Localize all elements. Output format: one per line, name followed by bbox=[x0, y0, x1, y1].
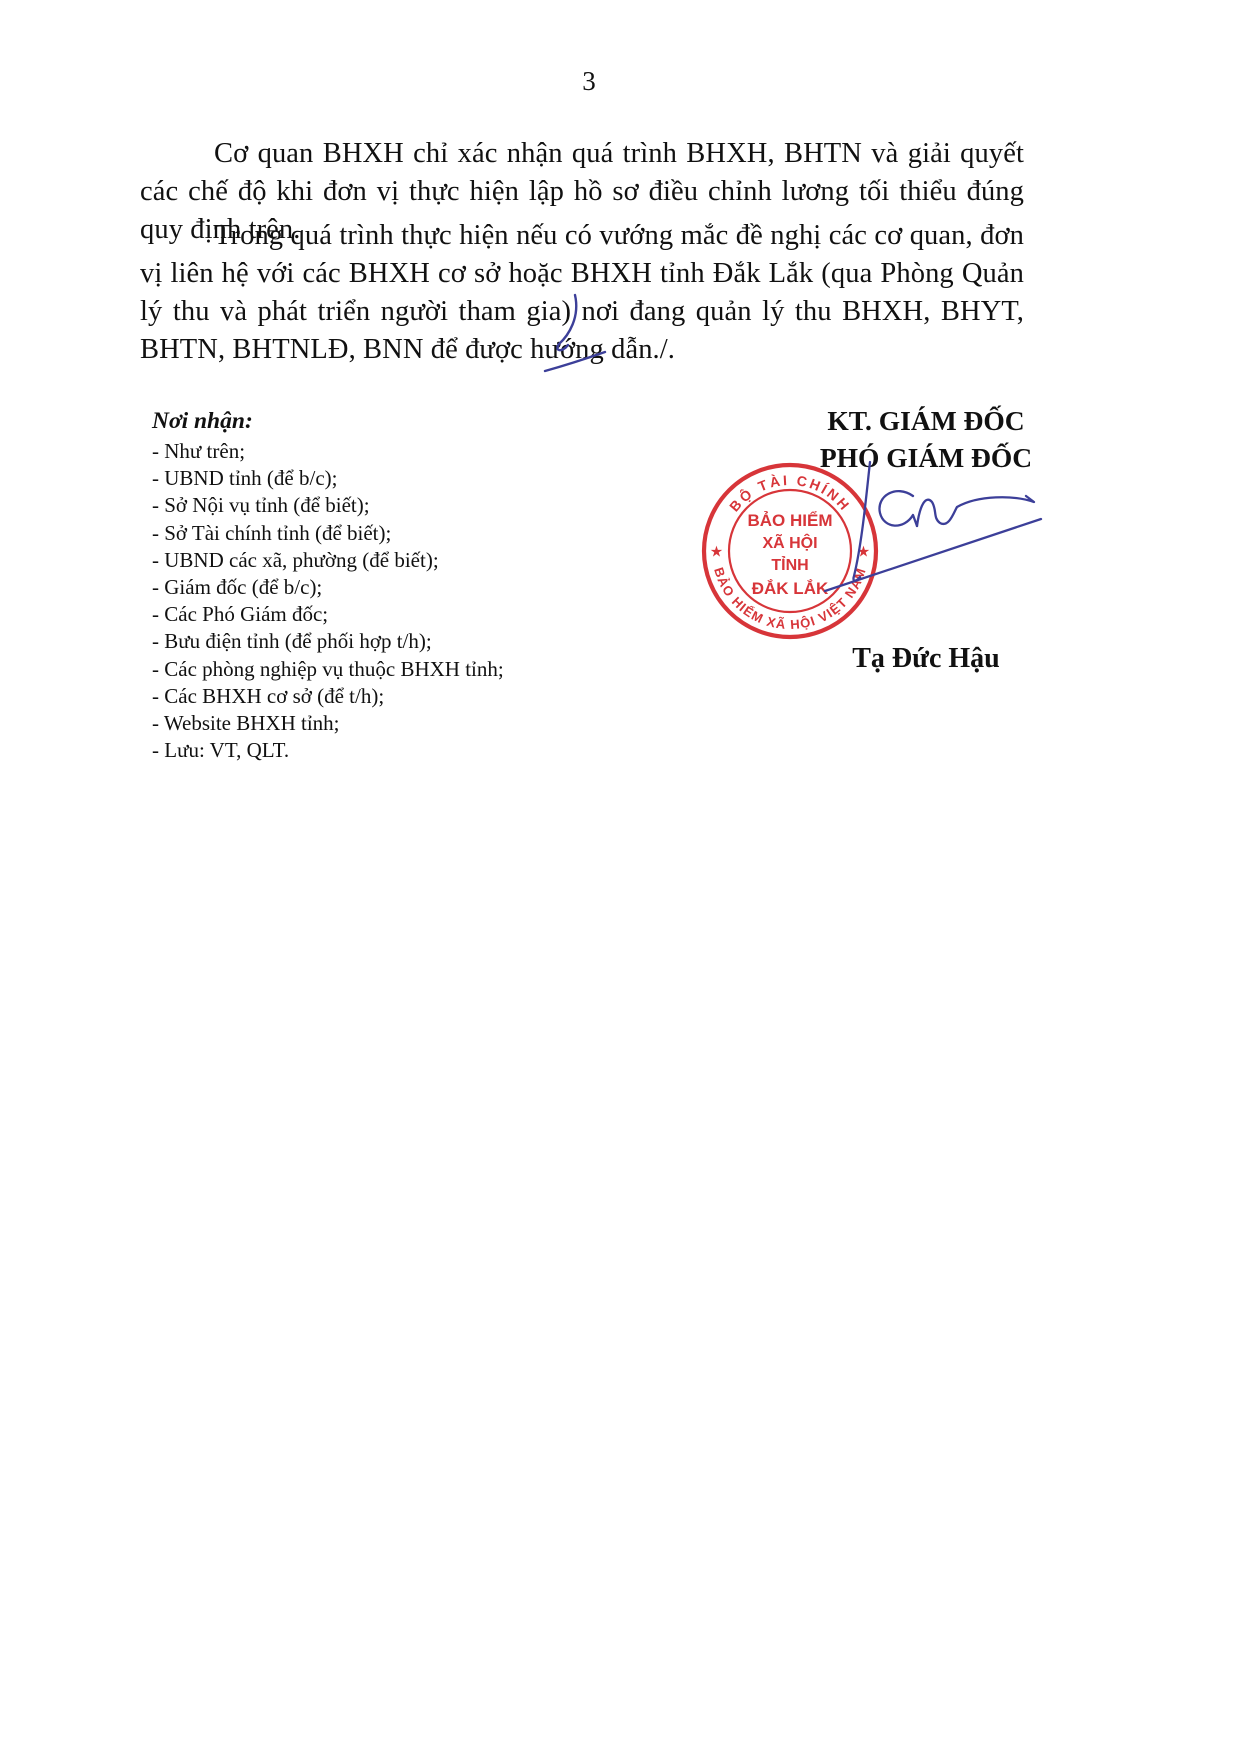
signature-stroke-u-tail bbox=[917, 496, 1034, 526]
pen-flick-mark bbox=[535, 283, 615, 378]
document-page: 3 Cơ quan BHXH chỉ xác nhận quá trình BH… bbox=[0, 0, 1241, 1755]
recipient-item: - Website BHXH tỉnh; bbox=[152, 710, 572, 737]
stamp-center-line2: XÃ HỘI bbox=[762, 532, 817, 552]
recipient-item: - UBND các xã, phường (để biết); bbox=[152, 547, 572, 574]
recipient-item: - Sở Nội vụ tỉnh (để biết); bbox=[152, 492, 572, 519]
stamp-star-icon: ★ bbox=[710, 544, 723, 561]
recipient-item: - Như trên; bbox=[152, 438, 572, 465]
recipient-item: - Sở Tài chính tỉnh (để biết); bbox=[152, 520, 572, 547]
recipient-item: - UBND tỉnh (để b/c); bbox=[152, 465, 572, 492]
recipients-block: Nơi nhận: - Như trên; - UBND tỉnh (để b/… bbox=[152, 406, 572, 764]
recipients-title: Nơi nhận: bbox=[152, 406, 572, 436]
handwritten-signature bbox=[818, 438, 1050, 598]
signature-stroke-a bbox=[879, 491, 917, 526]
recipient-item: - Các BHXH cơ sở (để t/h); bbox=[152, 683, 572, 710]
recipient-item: - Các phòng nghiệp vụ thuộc BHXH tỉnh; bbox=[152, 656, 572, 683]
stamp-center-line3: TỈNH bbox=[771, 555, 808, 574]
signature-stroke-h bbox=[853, 462, 870, 581]
recipients-list: - Như trên; - UBND tỉnh (để b/c); - Sở N… bbox=[152, 438, 572, 764]
signer-name: Tạ Đức Hậu bbox=[695, 643, 1157, 675]
pen-flick-tail bbox=[545, 352, 605, 371]
recipient-item: - Bưu điện tỉnh (để phối hợp t/h); bbox=[152, 628, 572, 655]
pen-flick-stroke bbox=[557, 295, 576, 350]
recipient-item: - Lưu: VT, QLT. bbox=[152, 737, 572, 764]
recipient-item: - Các Phó Giám đốc; bbox=[152, 601, 572, 628]
signer-title-line1: KT. GIÁM ĐỐC bbox=[695, 402, 1157, 439]
recipient-item: - Giám đốc (để b/c); bbox=[152, 574, 572, 601]
page-number: 3 bbox=[0, 66, 1178, 97]
